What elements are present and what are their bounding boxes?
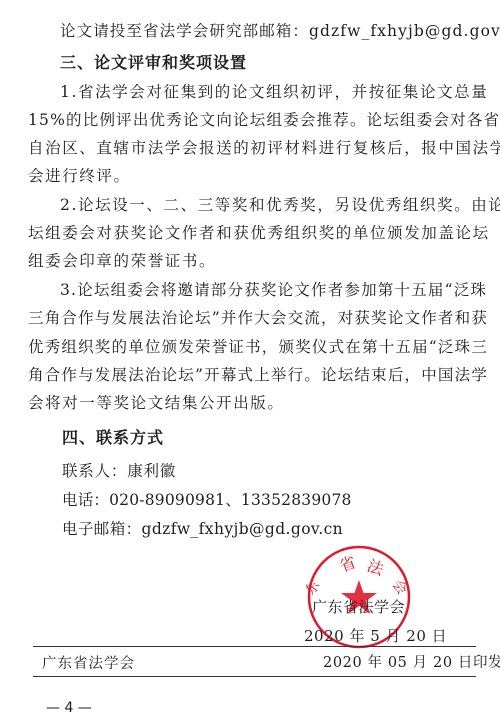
paragraph-line: 会将对一等奖论文结集公开出版。	[28, 393, 285, 413]
svg-text:省: 省	[337, 552, 359, 575]
section-3-heading: 三、论文评审和奖项设置	[60, 53, 247, 73]
page-number: — 4 —	[46, 700, 92, 716]
signature-date: 2020 年 5 月 20 日	[304, 627, 447, 645]
footer-bottom-rule	[33, 676, 476, 677]
paragraph-line: 3.论坛组委会将邀请部分获奖论文作者参加第十五届“泛珠	[60, 280, 487, 300]
svg-text:法: 法	[365, 556, 387, 580]
contact-phone: 电话：020-89090981、13352839078	[62, 490, 352, 510]
paragraph-line: 坛组委会对获奖论文作者和获优秀组织奖的单位颁发加盖论坛	[28, 223, 490, 243]
section-4-heading: 四、联系方式	[62, 428, 164, 448]
paragraph-line: 1.省法学会对征集到的论文组织初评，并按征集论文总量	[60, 82, 488, 102]
paragraph-line: 自治区、直辖市法学会报送的初评材料进行复核后，报中国法学	[28, 138, 500, 158]
contact-person: 联系人：康利徽	[62, 461, 176, 481]
footer-top-rule	[33, 646, 476, 647]
signature-org: 广东省法学会	[312, 598, 405, 616]
paragraph-line: 组委会印章的荣誉证书。	[28, 251, 216, 271]
paragraph-line: 角合作与发展法治论坛”开幕式上举行。论坛结束后，中国法学	[28, 365, 488, 385]
submission-email-line: 论文请投至省法学会研究部邮箱：gdzfw_fxhyjb@gd.gov.cn。	[60, 21, 500, 41]
contact-email: 电子邮箱：gdzfw_fxhyjb@gd.gov.cn	[62, 519, 343, 539]
paragraph-line: 2.论坛设一、二、三等奖和优秀奖，另设优秀组织奖。由论	[60, 195, 500, 215]
paragraph-line: 15%的比例评出优秀论文向论坛组委会推荐。论坛组委会对各省、	[28, 110, 500, 130]
paragraph-line: 会进行终评。	[28, 166, 131, 186]
paragraph-line: 三角合作与发展法治论坛”并作大会交流，对获奖论文作者和获	[28, 308, 488, 328]
footer-issue-date: 2020 年 05 月 20 日印发	[323, 654, 500, 672]
footer-issuer: 广东省法学会	[42, 655, 135, 673]
paragraph-line: 优秀组织奖的单位颁发荣誉证书，颁奖仪式在第十五届“泛珠三	[28, 337, 488, 357]
